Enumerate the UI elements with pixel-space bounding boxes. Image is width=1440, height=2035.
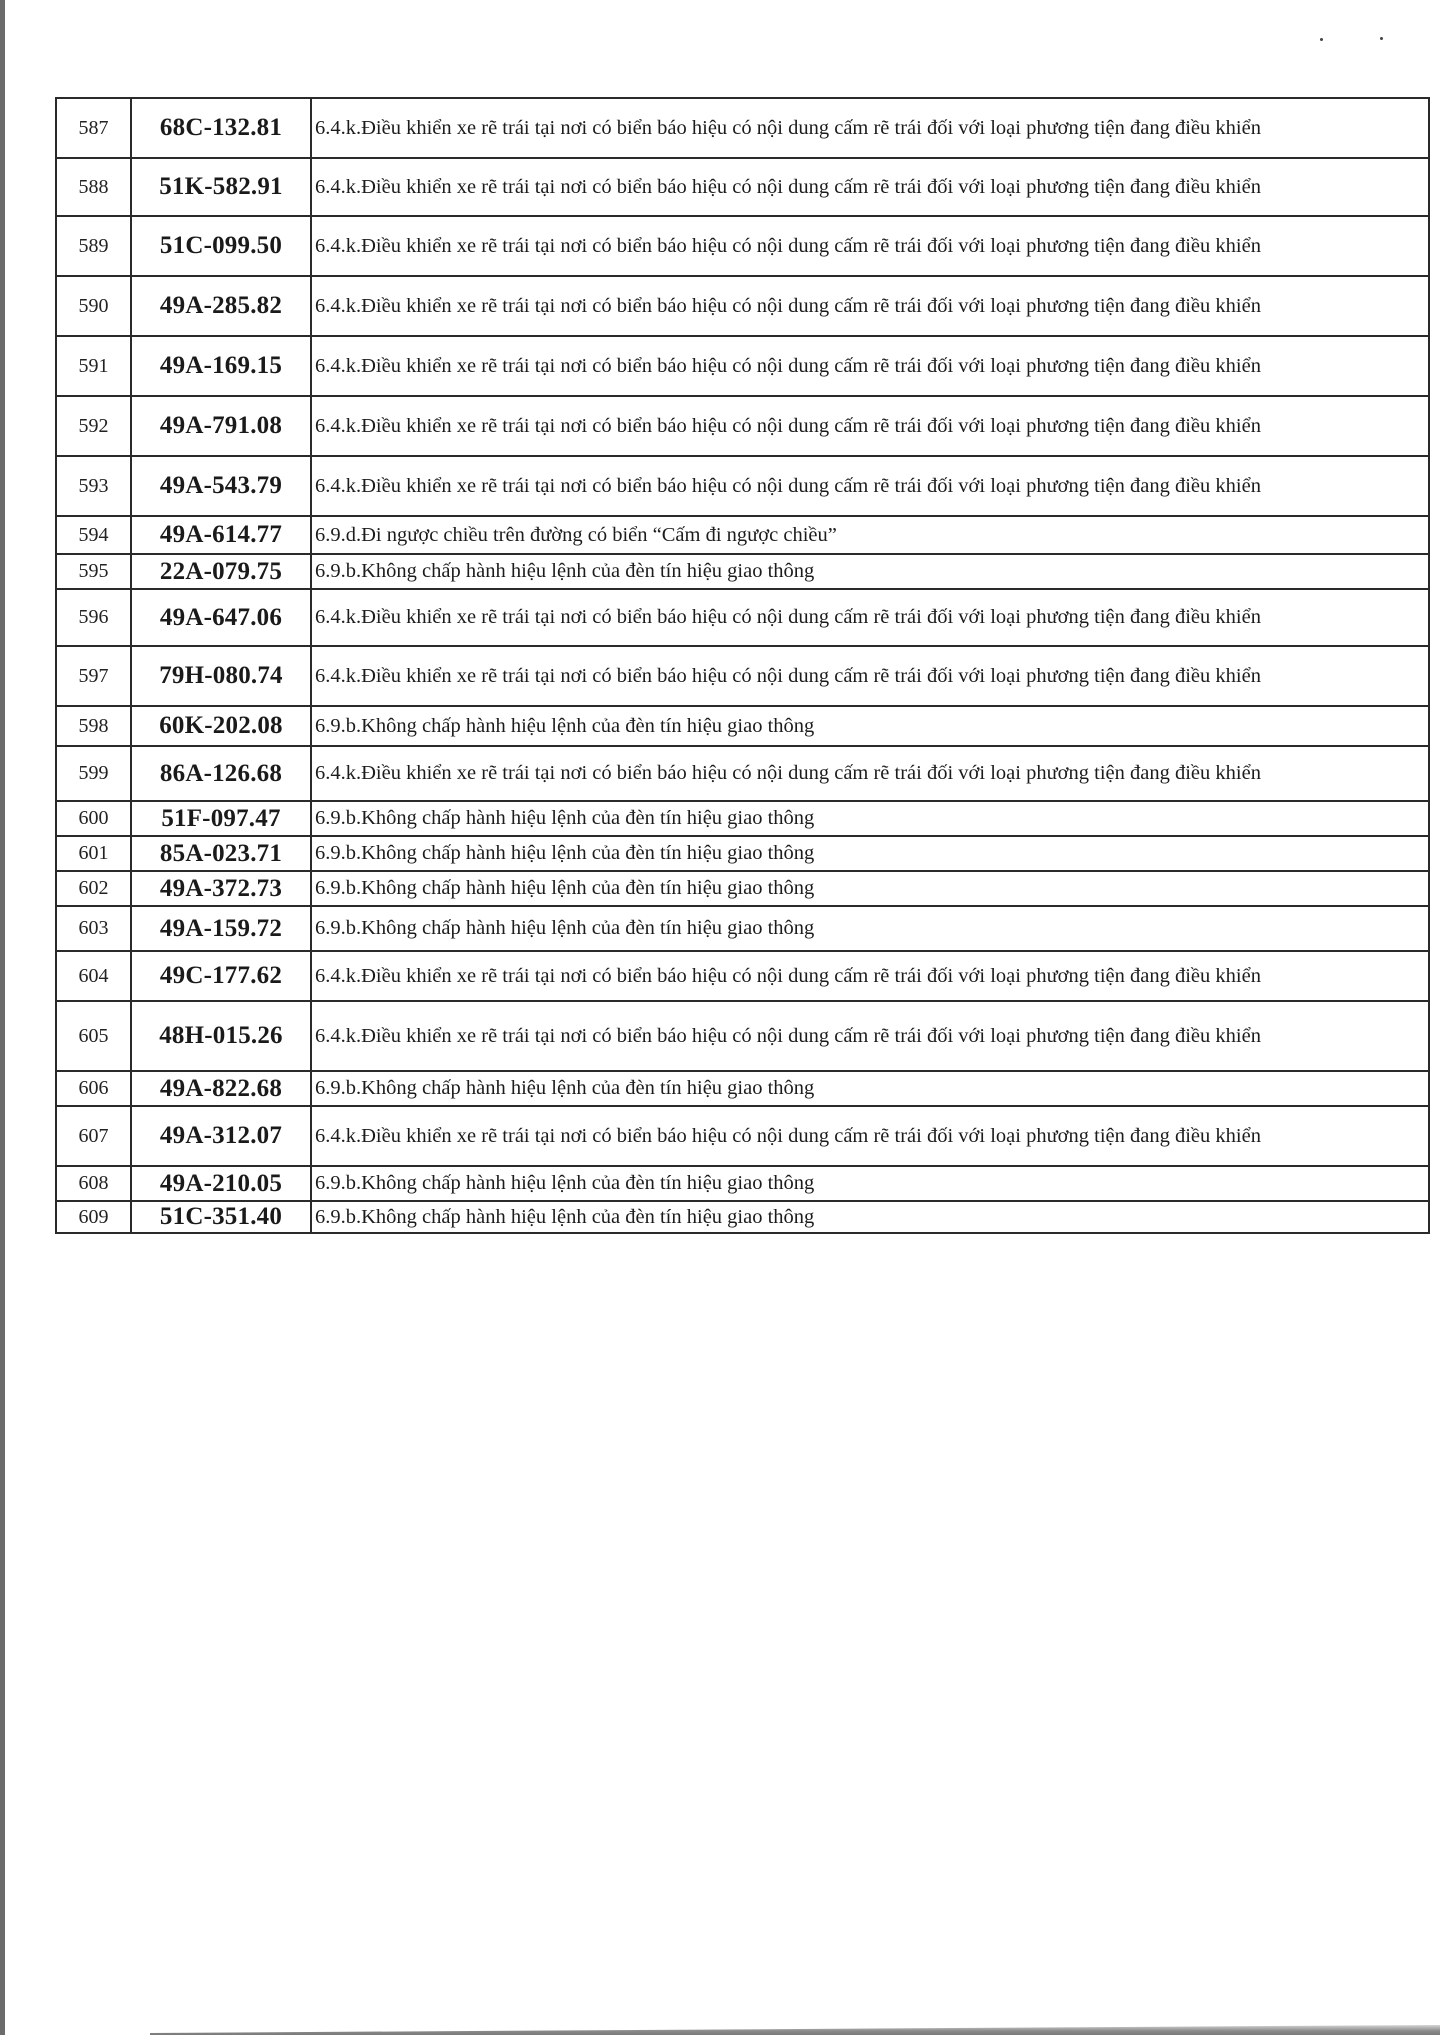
violation-description: 6.9.d.Đi ngược chiều trên đường có biển … — [311, 516, 1429, 554]
table-row: 58951C-099.506.4.k.Điều khiển xe rẽ trái… — [56, 216, 1429, 276]
license-plate: 49A-372.73 — [131, 871, 311, 906]
license-plate: 49A-159.72 — [131, 906, 311, 951]
table-row: 60051F-097.476.9.b.Không chấp hành hiệu … — [56, 801, 1429, 836]
row-number: 596 — [56, 589, 131, 646]
scan-speck — [1380, 37, 1383, 40]
table-row: 59449A-614.776.9.d.Đi ngược chiều trên đ… — [56, 516, 1429, 554]
table-row: 59522A-079.756.9.b.Không chấp hành hiệu … — [56, 554, 1429, 589]
license-plate: 49A-312.07 — [131, 1106, 311, 1166]
violation-description: 6.9.b.Không chấp hành hiệu lệnh của đèn … — [311, 706, 1429, 746]
violation-description: 6.4.k.Điều khiển xe rẽ trái tại nơi có b… — [311, 396, 1429, 456]
row-number: 603 — [56, 906, 131, 951]
table-row: 59249A-791.086.4.k.Điều khiển xe rẽ trái… — [56, 396, 1429, 456]
violation-description: 6.9.b.Không chấp hành hiệu lệnh của đèn … — [311, 554, 1429, 589]
license-plate: 49A-822.68 — [131, 1071, 311, 1106]
scan-bottom-edge — [150, 2025, 1440, 2035]
license-plate: 49A-210.05 — [131, 1166, 311, 1201]
violation-description: 6.9.b.Không chấp hành hiệu lệnh của đèn … — [311, 836, 1429, 871]
table-row: 59860K-202.086.9.b.Không chấp hành hiệu … — [56, 706, 1429, 746]
license-plate: 85A-023.71 — [131, 836, 311, 871]
license-plate: 49A-791.08 — [131, 396, 311, 456]
license-plate: 49A-614.77 — [131, 516, 311, 554]
table-row: 59779H-080.746.4.k.Điều khiển xe rẽ trái… — [56, 646, 1429, 706]
violations-table-body: 58768C-132.816.4.k.Điều khiển xe rẽ trái… — [56, 98, 1429, 1233]
row-number: 589 — [56, 216, 131, 276]
license-plate: 49A-543.79 — [131, 456, 311, 516]
table-row: 58851K-582.916.4.k.Điều khiển xe rẽ trái… — [56, 158, 1429, 216]
license-plate: 49A-169.15 — [131, 336, 311, 396]
violation-description: 6.9.b.Không chấp hành hiệu lệnh của đèn … — [311, 1166, 1429, 1201]
scan-left-edge — [0, 0, 5, 2035]
row-number: 606 — [56, 1071, 131, 1106]
row-number: 594 — [56, 516, 131, 554]
table-row: 60649A-822.686.9.b.Không chấp hành hiệu … — [56, 1071, 1429, 1106]
scan-speck — [1320, 38, 1323, 41]
violation-description: 6.9.b.Không chấp hành hiệu lệnh của đèn … — [311, 871, 1429, 906]
row-number: 598 — [56, 706, 131, 746]
license-plate: 49A-285.82 — [131, 276, 311, 336]
license-plate: 86A-126.68 — [131, 746, 311, 801]
violation-description: 6.4.k.Điều khiển xe rẽ trái tại nơi có b… — [311, 98, 1429, 158]
violation-description: 6.4.k.Điều khiển xe rẽ trái tại nơi có b… — [311, 216, 1429, 276]
table-row: 59986A-126.686.4.k.Điều khiển xe rẽ trái… — [56, 746, 1429, 801]
table-row: 60449C-177.626.4.k.Điều khiển xe rẽ trái… — [56, 951, 1429, 1001]
table-row: 60749A-312.076.4.k.Điều khiển xe rẽ trái… — [56, 1106, 1429, 1166]
row-number: 595 — [56, 554, 131, 589]
violation-description: 6.4.k.Điều khiển xe rẽ trái tại nơi có b… — [311, 276, 1429, 336]
license-plate: 79H-080.74 — [131, 646, 311, 706]
row-number: 600 — [56, 801, 131, 836]
violation-description: 6.9.b.Không chấp hành hiệu lệnh của đèn … — [311, 1201, 1429, 1233]
license-plate: 60K-202.08 — [131, 706, 311, 746]
violation-description: 6.9.b.Không chấp hành hiệu lệnh của đèn … — [311, 906, 1429, 951]
table-row: 60548H-015.266.4.k.Điều khiển xe rẽ trái… — [56, 1001, 1429, 1071]
violation-description: 6.9.b.Không chấp hành hiệu lệnh của đèn … — [311, 1071, 1429, 1106]
table-row: 59149A-169.156.4.k.Điều khiển xe rẽ trái… — [56, 336, 1429, 396]
row-number: 604 — [56, 951, 131, 1001]
violation-description: 6.4.k.Điều khiển xe rẽ trái tại nơi có b… — [311, 1106, 1429, 1166]
license-plate: 51F-097.47 — [131, 801, 311, 836]
table-row: 60249A-372.736.9.b.Không chấp hành hiệu … — [56, 871, 1429, 906]
row-number: 588 — [56, 158, 131, 216]
table-row: 60849A-210.056.9.b.Không chấp hành hiệu … — [56, 1166, 1429, 1201]
license-plate: 68C-132.81 — [131, 98, 311, 158]
row-number: 608 — [56, 1166, 131, 1201]
table-row: 60185A-023.716.9.b.Không chấp hành hiệu … — [56, 836, 1429, 871]
table-row: 59049A-285.826.4.k.Điều khiển xe rẽ trái… — [56, 276, 1429, 336]
violation-description: 6.4.k.Điều khiển xe rẽ trái tại nơi có b… — [311, 158, 1429, 216]
violations-table-wrapper: 58768C-132.816.4.k.Điều khiển xe rẽ trái… — [55, 97, 1428, 1234]
table-row: 60951C-351.406.9.b.Không chấp hành hiệu … — [56, 1201, 1429, 1233]
violation-description: 6.4.k.Điều khiển xe rẽ trái tại nơi có b… — [311, 646, 1429, 706]
row-number: 592 — [56, 396, 131, 456]
license-plate: 51C-351.40 — [131, 1201, 311, 1233]
violation-description: 6.4.k.Điều khiển xe rẽ trái tại nơi có b… — [311, 336, 1429, 396]
row-number: 597 — [56, 646, 131, 706]
license-plate: 51C-099.50 — [131, 216, 311, 276]
table-row: 59349A-543.796.4.k.Điều khiển xe rẽ trái… — [56, 456, 1429, 516]
row-number: 591 — [56, 336, 131, 396]
table-row: 59649A-647.066.4.k.Điều khiển xe rẽ trái… — [56, 589, 1429, 646]
license-plate: 49A-647.06 — [131, 589, 311, 646]
table-row: 60349A-159.726.9.b.Không chấp hành hiệu … — [56, 906, 1429, 951]
row-number: 590 — [56, 276, 131, 336]
violation-description: 6.4.k.Điều khiển xe rẽ trái tại nơi có b… — [311, 951, 1429, 1001]
violation-description: 6.4.k.Điều khiển xe rẽ trái tại nơi có b… — [311, 456, 1429, 516]
row-number: 607 — [56, 1106, 131, 1166]
row-number: 602 — [56, 871, 131, 906]
license-plate: 48H-015.26 — [131, 1001, 311, 1071]
violation-description: 6.4.k.Điều khiển xe rẽ trái tại nơi có b… — [311, 589, 1429, 646]
row-number: 601 — [56, 836, 131, 871]
row-number: 609 — [56, 1201, 131, 1233]
violation-description: 6.4.k.Điều khiển xe rẽ trái tại nơi có b… — [311, 746, 1429, 801]
violation-description: 6.9.b.Không chấp hành hiệu lệnh của đèn … — [311, 801, 1429, 836]
license-plate: 22A-079.75 — [131, 554, 311, 589]
license-plate: 51K-582.91 — [131, 158, 311, 216]
row-number: 599 — [56, 746, 131, 801]
table-row: 58768C-132.816.4.k.Điều khiển xe rẽ trái… — [56, 98, 1429, 158]
violation-description: 6.4.k.Điều khiển xe rẽ trái tại nơi có b… — [311, 1001, 1429, 1071]
violations-table: 58768C-132.816.4.k.Điều khiển xe rẽ trái… — [55, 97, 1430, 1234]
row-number: 605 — [56, 1001, 131, 1071]
row-number: 593 — [56, 456, 131, 516]
row-number: 587 — [56, 98, 131, 158]
license-plate: 49C-177.62 — [131, 951, 311, 1001]
